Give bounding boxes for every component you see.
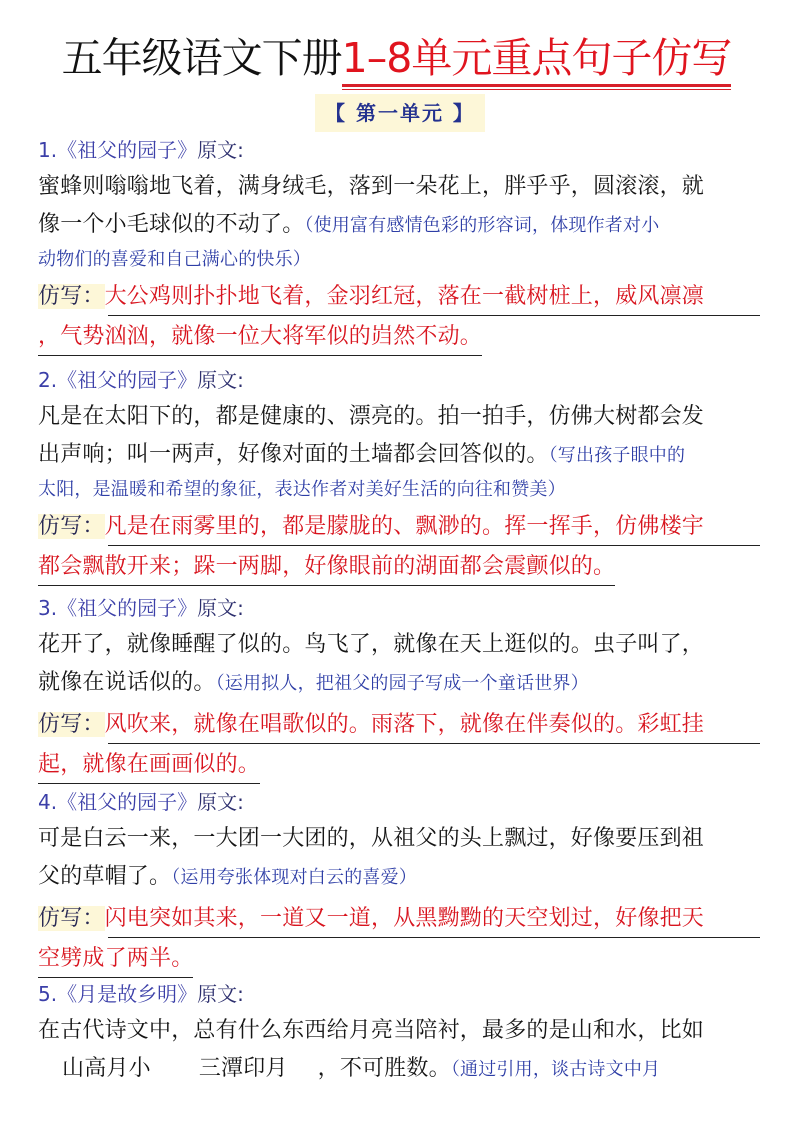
imitation-line: ，气势汹汹，就像一位大将军似的岿然不动。 [38, 324, 482, 349]
original-line: 可是白云一来，一大团一大团的，从祖父的头上飘过，好像要压到祖 [38, 820, 760, 858]
annotation-note: （写出孩子眼中的 [549, 445, 686, 466]
imitation-text: 仿写：凡是在雨雾里的，都是朦胧的、飘渺的。挥一挥手，仿佛楼宇 都会飘散开来；跺一… [38, 507, 760, 587]
item-1: 1.《祖父的园子》原文: 蜜蜂则嗡嗡地飞着，满身绒毛，落到一朵花上，胖乎乎，圆滚… [38, 136, 760, 357]
item-heading-tail: 原文: [197, 596, 244, 620]
original-line: 在古代诗文中，总有什么东西给月亮当陪衬，最多的是山和水，比如 [38, 1012, 760, 1050]
imitation-text: 仿写：闪电突如其来，一道又一道，从黑黝黝的天空划过，好像把天 空劈成了两半。 [38, 899, 760, 979]
item-5: 5.《月是故乡明》原文: 在古代诗文中，总有什么东西给月亮当陪衬，最多的是山和水… [38, 980, 760, 1089]
annotation-note: （运用夸张体现对白云的喜爱） [171, 867, 417, 888]
item-4: 4.《祖父的园子》原文: 可是白云一来，一大团一大团的，从祖父的头上飘过，好像要… [38, 788, 760, 979]
quoted-phrase: 山高月小 [62, 1056, 151, 1081]
item-heading: 2.《祖父的园子》原文: [38, 366, 760, 394]
original-text: 蜜蜂则嗡嗡地飞着，满身绒毛，落到一朵花上，胖乎乎，圆滚滚，就 像一个小毛球似的不… [38, 168, 760, 275]
imitation-label: 仿写： [38, 514, 105, 539]
item-heading: 1.《祖父的园子》原文: [38, 136, 760, 164]
item-title: 《月是故乡明》 [57, 982, 197, 1006]
underline [38, 585, 615, 586]
title-black-part: 五年级语文下册 [62, 34, 342, 82]
item-heading: 5.《月是故乡明》原文: [38, 980, 760, 1008]
item-2: 2.《祖父的园子》原文: 凡是在太阳下的，都是健康的、漂亮的。拍一拍手，仿佛大树… [38, 366, 760, 587]
imitation-line: 起，就像在画画似的。 [38, 752, 260, 777]
original-line: 像一个小毛球似的不动了。 [38, 212, 304, 237]
underline [108, 743, 760, 744]
underline [108, 545, 760, 546]
original-line: 凡是在太阳下的，都是健康的、漂亮的。拍一拍手，仿佛大树都会发 [38, 398, 760, 436]
original-text: 凡是在太阳下的，都是健康的、漂亮的。拍一拍手，仿佛大树都会发 出声响；叫一两声，… [38, 398, 760, 505]
item-title: 《祖父的园子》 [57, 368, 197, 392]
underline [108, 937, 760, 938]
original-line: 就像在说话似的。 [38, 670, 216, 695]
item-heading-tail: 原文: [197, 138, 244, 162]
underline [108, 315, 760, 316]
original-line: 花开了，就像睡醒了似的。鸟飞了，就像在天上逛似的。虫子叫了， [38, 626, 760, 664]
quoted-phrase: 三潭印月 [199, 1056, 288, 1081]
item-title: 《祖父的园子》 [57, 596, 197, 620]
underline [38, 355, 482, 356]
item-heading-tail: 原文: [197, 368, 244, 392]
page-title: 五年级语文下册1–8单元重点句子仿写 [0, 32, 793, 84]
underline [38, 977, 193, 978]
original-text: 可是白云一来，一大团一大团的，从祖父的头上飘过，好像要压到祖 父的草帽了。（运用… [38, 820, 760, 897]
imitation-line: 大公鸡则扑扑地飞着，金羽红冠，落在一截树桩上，威风凛凛 [105, 284, 704, 309]
annotation-note: 太阳，是温暖和希望的象征，表达作者对美好生活的向往和赞美） [38, 475, 760, 505]
document-page: 五年级语文下册1–8单元重点句子仿写 【 第一单元 】 1.《祖父的园子》原文:… [0, 0, 793, 1122]
imitation-label: 仿写： [38, 712, 105, 737]
imitation-label: 仿写： [38, 284, 105, 309]
item-title: 《祖父的园子》 [57, 138, 197, 162]
original-line: ，不可胜数。 [318, 1056, 451, 1081]
item-number: 1. [38, 138, 57, 162]
item-heading-tail: 原文: [197, 982, 244, 1006]
imitation-line: 闪电突如其来，一道又一道，从黑黝黝的天空划过，好像把天 [105, 906, 704, 931]
item-heading: 3.《祖父的园子》原文: [38, 594, 760, 622]
annotation-note: （使用富有感情色彩的形容词，体现作者对小 [304, 215, 659, 236]
underline [38, 783, 260, 784]
title-red-part: 1–8单元重点句子仿写 [342, 32, 732, 84]
unit-badge: 【 第一单元 】 [315, 94, 485, 132]
original-line: 蜜蜂则嗡嗡地飞着，满身绒毛，落到一朵花上，胖乎乎，圆滚滚，就 [38, 168, 760, 206]
item-number: 4. [38, 790, 57, 814]
imitation-line: 空劈成了两半。 [38, 946, 193, 971]
imitation-line: 风吹来，就像在唱歌似的。雨落下，就像在伴奏似的。彩虹挂 [105, 712, 704, 737]
annotation-note: 动物们的喜爱和自己满心的快乐） [38, 245, 760, 275]
item-number: 2. [38, 368, 57, 392]
original-line: 出声响；叫一两声，好像对面的土墙都会回答似的。 [38, 442, 549, 467]
imitation-line: 凡是在雨雾里的，都是朦胧的、飘渺的。挥一挥手，仿佛楼宇 [105, 514, 704, 539]
annotation-note: （通过引用，谈古诗文中月 [451, 1059, 660, 1080]
original-line: 父的草帽了。 [38, 864, 171, 889]
original-text: 花开了，就像睡醒了似的。鸟飞了，就像在天上逛似的。虫子叫了， 就像在说话似的。（… [38, 626, 760, 703]
item-number: 3. [38, 596, 57, 620]
original-text: 在古代诗文中，总有什么东西给月亮当陪衬，最多的是山和水，比如 山高月小三潭印月，… [38, 1012, 760, 1089]
item-title: 《祖父的园子》 [57, 790, 197, 814]
item-number: 5. [38, 982, 57, 1006]
imitation-text: 仿写：大公鸡则扑扑地飞着，金羽红冠，落在一截树桩上，威风凛凛 ，气势汹汹，就像一… [38, 277, 760, 357]
item-heading-tail: 原文: [197, 790, 244, 814]
imitation-label: 仿写： [38, 906, 105, 931]
item-3: 3.《祖父的园子》原文: 花开了，就像睡醒了似的。鸟飞了，就像在天上逛似的。虫子… [38, 594, 760, 785]
imitation-text: 仿写：风吹来，就像在唱歌似的。雨落下，就像在伴奏似的。彩虹挂 起，就像在画画似的… [38, 705, 760, 785]
item-heading: 4.《祖父的园子》原文: [38, 788, 760, 816]
annotation-note: （运用拟人，把祖父的园子写成一个童话世界） [216, 673, 589, 694]
imitation-line: 都会飘散开来；跺一两脚，好像眼前的湖面都会震颤似的。 [38, 554, 615, 579]
